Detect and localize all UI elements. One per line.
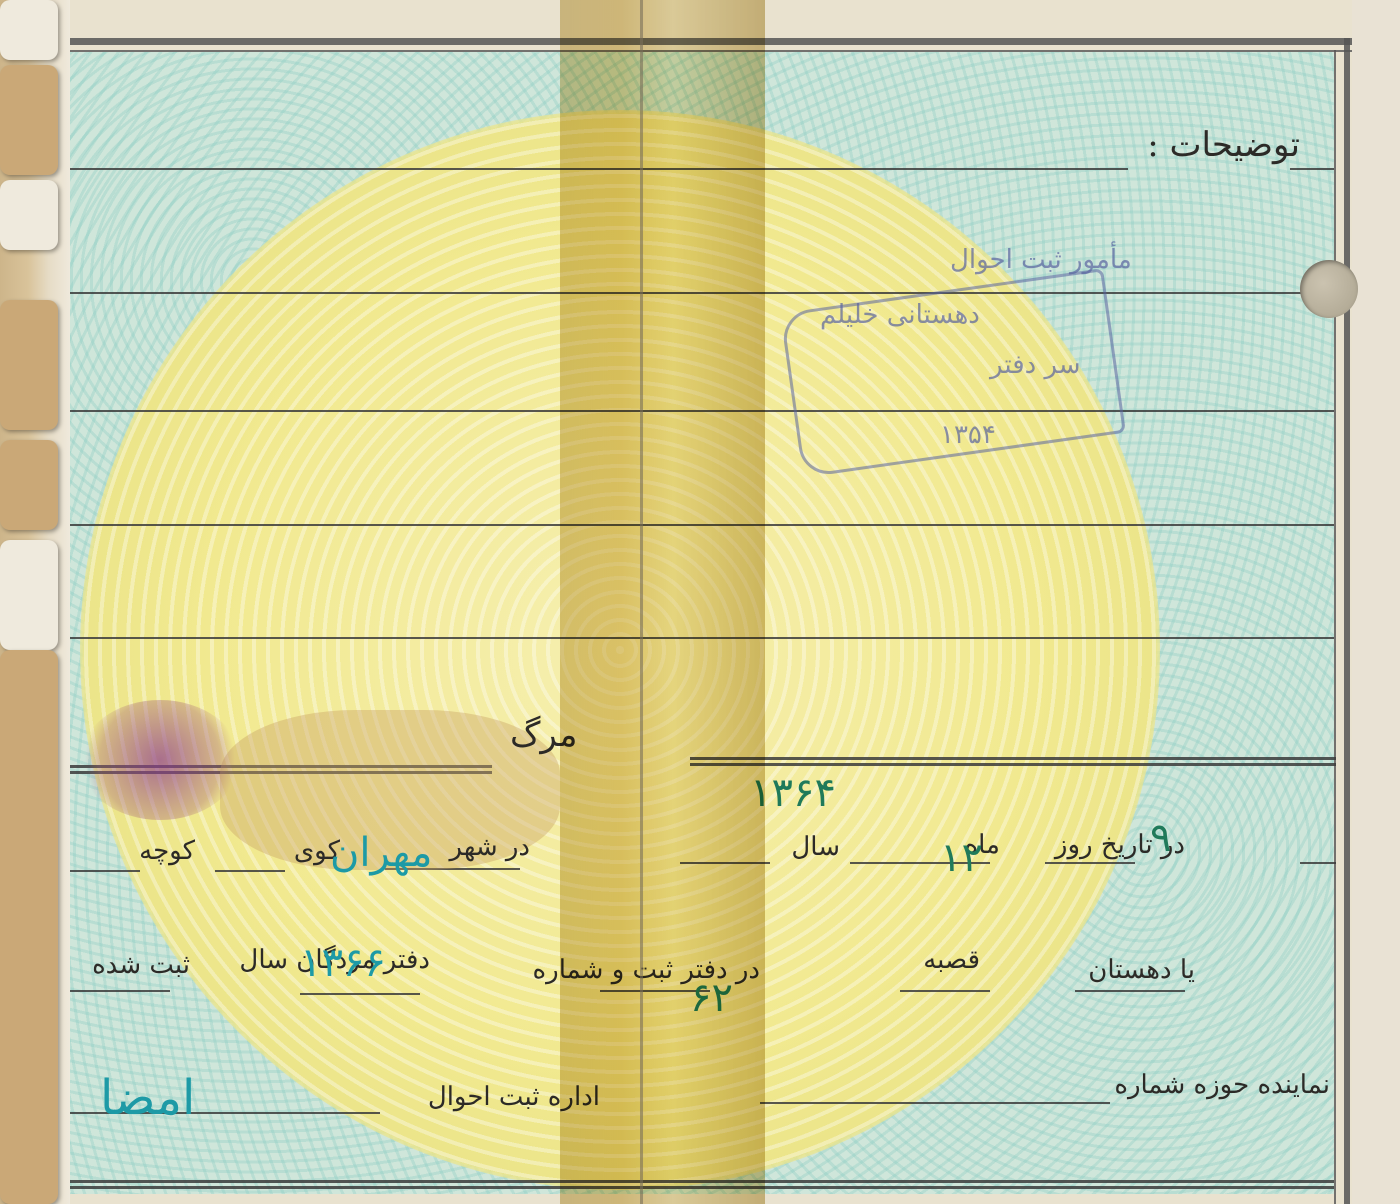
punch-hole — [1300, 260, 1358, 318]
remarks-label: توضیحات : — [1147, 125, 1300, 165]
street-line — [70, 870, 140, 872]
ink-blot — [80, 700, 240, 820]
fold-crease — [640, 0, 643, 1204]
day-value: ۹ — [1150, 815, 1171, 861]
registered-suffix: ثبت شده — [92, 950, 190, 980]
district-line — [215, 870, 285, 872]
page-margin-right — [1352, 0, 1400, 1204]
stamp-line-2: دهستانی خلیلم — [820, 300, 980, 330]
year-label: سال — [791, 832, 840, 862]
stamp-line-1: مأمور ثبت احوال — [950, 245, 1132, 275]
row1-line-end — [1300, 862, 1336, 864]
death-section-rule-right — [690, 757, 1336, 760]
street-label: کوچه — [139, 836, 195, 866]
frame-border-right-inner — [1334, 50, 1336, 1204]
stamp-line-3: سر دفتر — [990, 350, 1081, 380]
row2-line-left — [70, 990, 170, 992]
signature: امضا — [100, 1070, 195, 1126]
town-label: قصبه — [923, 945, 980, 975]
book-year-value: ۱۳۶۶ — [300, 940, 386, 986]
document-scan: توضیحات : مرگ در تاریخ روز ماه سال در شه… — [0, 0, 1400, 1204]
month-value: ۱۲ — [940, 835, 983, 881]
officer-label: نماینده حوزه شماره — [1114, 1070, 1330, 1100]
village-label: یا دهستان — [1088, 955, 1195, 985]
torn-binding-edge — [0, 0, 70, 1204]
town-line — [900, 990, 990, 992]
remarks-line-1-end — [1290, 168, 1334, 170]
officer-number-line — [760, 1102, 1110, 1104]
stamp-date: ۱۳۵۴ — [940, 420, 996, 450]
city-value: مهران — [330, 830, 432, 876]
book-year-line — [300, 993, 420, 995]
repair-tape — [560, 0, 765, 1204]
city-label: در شهر — [449, 832, 530, 862]
village-line — [1075, 990, 1185, 992]
frame-border-right — [1344, 38, 1350, 1204]
day-line — [1045, 862, 1135, 864]
